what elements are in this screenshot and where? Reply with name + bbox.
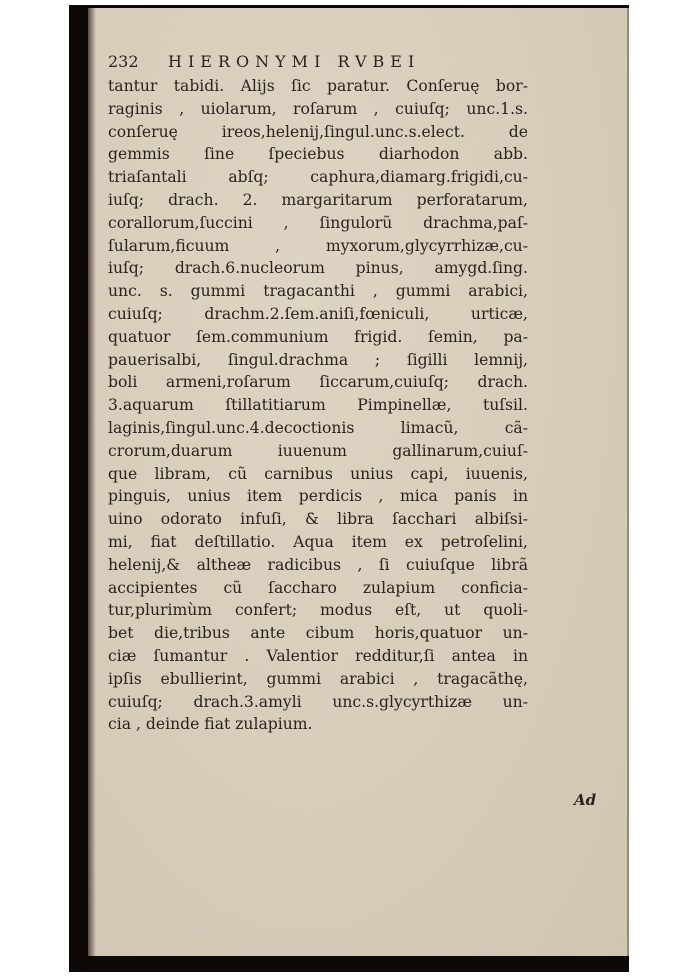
- text-line: uino odorato infuſi, & libra ſacchari al…: [108, 508, 528, 531]
- text-line: cuiuſq; drach.3.amyli unc.s.glycyrthizæ …: [108, 691, 528, 714]
- text-line: corallorum,ſuccini , ſingulorũ drachma,p…: [108, 212, 528, 235]
- catchword: Ad: [574, 791, 596, 809]
- page-text: 232 HIERONYMI RVBEI tantur tabidi. Alijs…: [108, 51, 528, 736]
- text-line: accipientes cũ ſaccharo zulapium confici…: [108, 577, 528, 600]
- text-line: iuſq; drach. 2. margaritarum perforataru…: [108, 189, 528, 212]
- text-line: triaſantali abſq; caphura,diamarg.frigid…: [108, 166, 528, 189]
- page-number: 232: [108, 51, 168, 74]
- text-line: ſularum,ficuum , myxorum,glycyrrhizæ,cu-: [108, 235, 528, 258]
- text-line: raginis , uiolarum, roſarum , cuiuſq; un…: [108, 98, 528, 121]
- gutter-shadow: [88, 8, 96, 956]
- text-line: tur,plurimùm confert; modus eſt, ut quol…: [108, 599, 528, 622]
- text-line: que libram, cũ carnibus unius capi, iuue…: [108, 463, 528, 486]
- text-line: mi, fiat deſtillatio. Aqua item ex petro…: [108, 531, 528, 554]
- running-head: HIERONYMI RVBEI: [168, 51, 420, 74]
- text-line: ciæ ſumantur . Valentior redditur,ſi ant…: [108, 645, 528, 668]
- text-line: unc. s. gummi tragacanthi , gummi arabic…: [108, 280, 528, 303]
- text-line: pauerisalbi, ſingul.drachma ; ſigilli le…: [108, 349, 528, 372]
- text-line: helenij,& altheæ radicibus , ſi cuiuſque…: [108, 554, 528, 577]
- text-line: cia , deinde fiat zulapium.: [108, 713, 528, 736]
- text-line: iuſq; drach.6.nucleorum pinus, amygd.ſin…: [108, 257, 528, 280]
- text-line: quatuor ſem.communium frigid. ſemin, pa-: [108, 326, 528, 349]
- body-text: tantur tabidi. Alijs ſic paratur. Conſer…: [108, 75, 528, 736]
- text-line: crorum,duarum iuuenum gallinarum,cuiuſ-: [108, 440, 528, 463]
- text-line: 3.aquarum ſtillatitiarum Pimpinellæ, tuſ…: [108, 394, 528, 417]
- text-line: laginis,ſingul.unc.4.decoctionis limacũ,…: [108, 417, 528, 440]
- text-line: tantur tabidi. Alijs ſic paratur. Conſer…: [108, 75, 528, 98]
- text-line: bet die,tribus ante cibum horis,quatuor …: [108, 622, 528, 645]
- text-line: pinguis, unius item perdicis , mica pani…: [108, 485, 528, 508]
- text-line: cuiuſq; drachm.2.ſem.aniſi,fœniculi, urt…: [108, 303, 528, 326]
- text-line: boli armeni,roſarum ſiccarum,cuiuſq; dra…: [108, 371, 528, 394]
- text-line: conſeruę ireos,helenij,ſingul.unc.s.elec…: [108, 121, 528, 144]
- text-line: ipſis ebullierint, gummi arabici , traga…: [108, 668, 528, 691]
- page-header: 232 HIERONYMI RVBEI: [108, 51, 528, 75]
- text-line: gemmis ſine ſpeciebus diarhodon abb.: [108, 143, 528, 166]
